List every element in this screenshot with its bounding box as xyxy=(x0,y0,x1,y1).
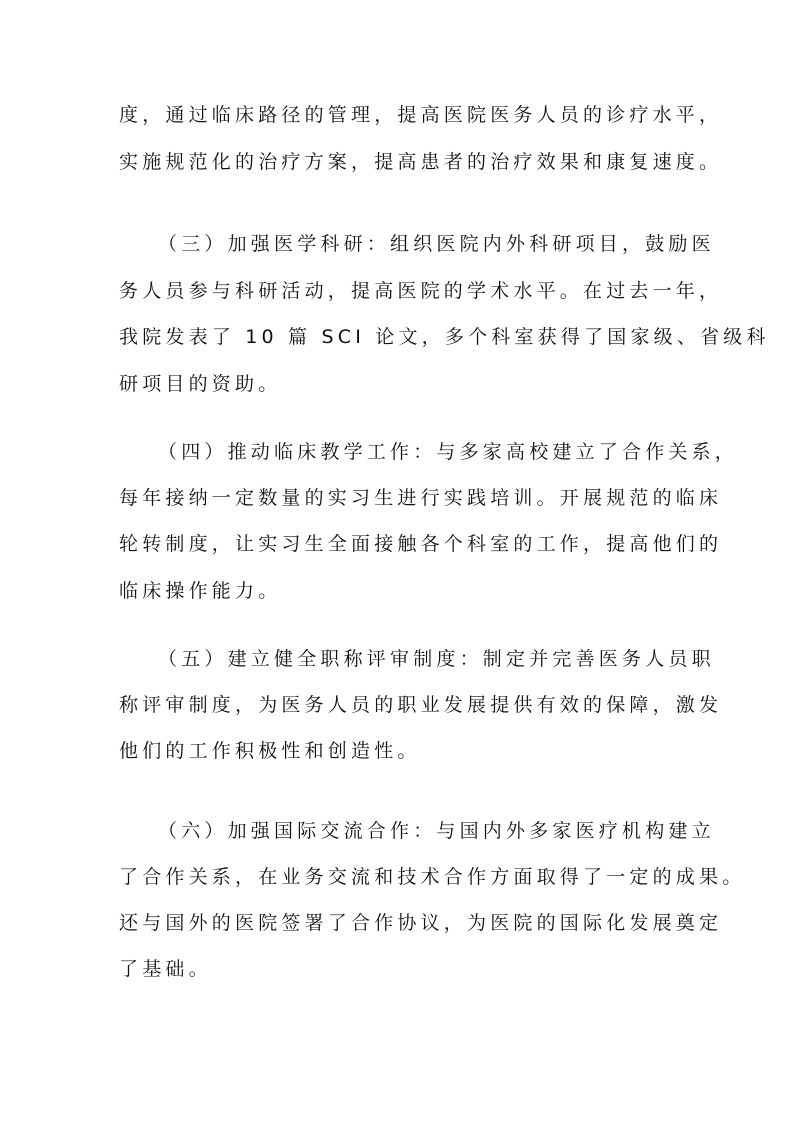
text-line: 研项目的资助。 xyxy=(119,372,699,396)
text-line: （三）加强医学科研：组织医院内外科研项目，鼓励医 xyxy=(158,232,738,256)
text-line: 他们的工作积极性和创造性。 xyxy=(119,739,699,763)
text-line: 了合作关系，在业务交流和技术合作方面取得了一定的成果。 xyxy=(119,865,699,889)
text-line: 了基础。 xyxy=(119,957,699,981)
text-line: 轮转制度，让实习生全面接触各个科室的工作，提高他们的 xyxy=(119,532,699,556)
text-line: （六）加强国际交流合作：与国内外多家医疗机构建立 xyxy=(158,819,738,843)
text-line: 每年接纳一定数量的实习生进行实践培训。开展规范的临床 xyxy=(119,486,699,510)
text-line: 称评审制度，为医务人员的职业发展提供有效的保障，激发 xyxy=(119,693,699,717)
text-line: 务人员参与科研活动，提高医院的学术水平。在过去一年， xyxy=(119,279,699,303)
text-line: （四）推动临床教学工作：与多家高校建立了合作关系， xyxy=(158,440,738,464)
document-page: 度，通过临床路径的管理，提高医院医务人员的诊疗水平， 实施规范化的治疗方案，提高… xyxy=(0,0,793,1122)
text-line: 我院发表了 10 篇 SCI 论文，多个科室获得了国家级、省级科 xyxy=(119,325,699,349)
text-line: 度，通过临床路径的管理，提高医院医务人员的诊疗水平， xyxy=(119,103,699,127)
text-line: （五）建立健全职称评审制度：制定并完善医务人员职 xyxy=(158,647,738,671)
text-line: 实施规范化的治疗方案，提高患者的治疗效果和康复速度。 xyxy=(119,150,699,174)
text-line: 临床操作能力。 xyxy=(119,579,699,603)
text-line: 还与国外的医院签署了合作协议，为医院的国际化发展奠定 xyxy=(119,911,699,935)
